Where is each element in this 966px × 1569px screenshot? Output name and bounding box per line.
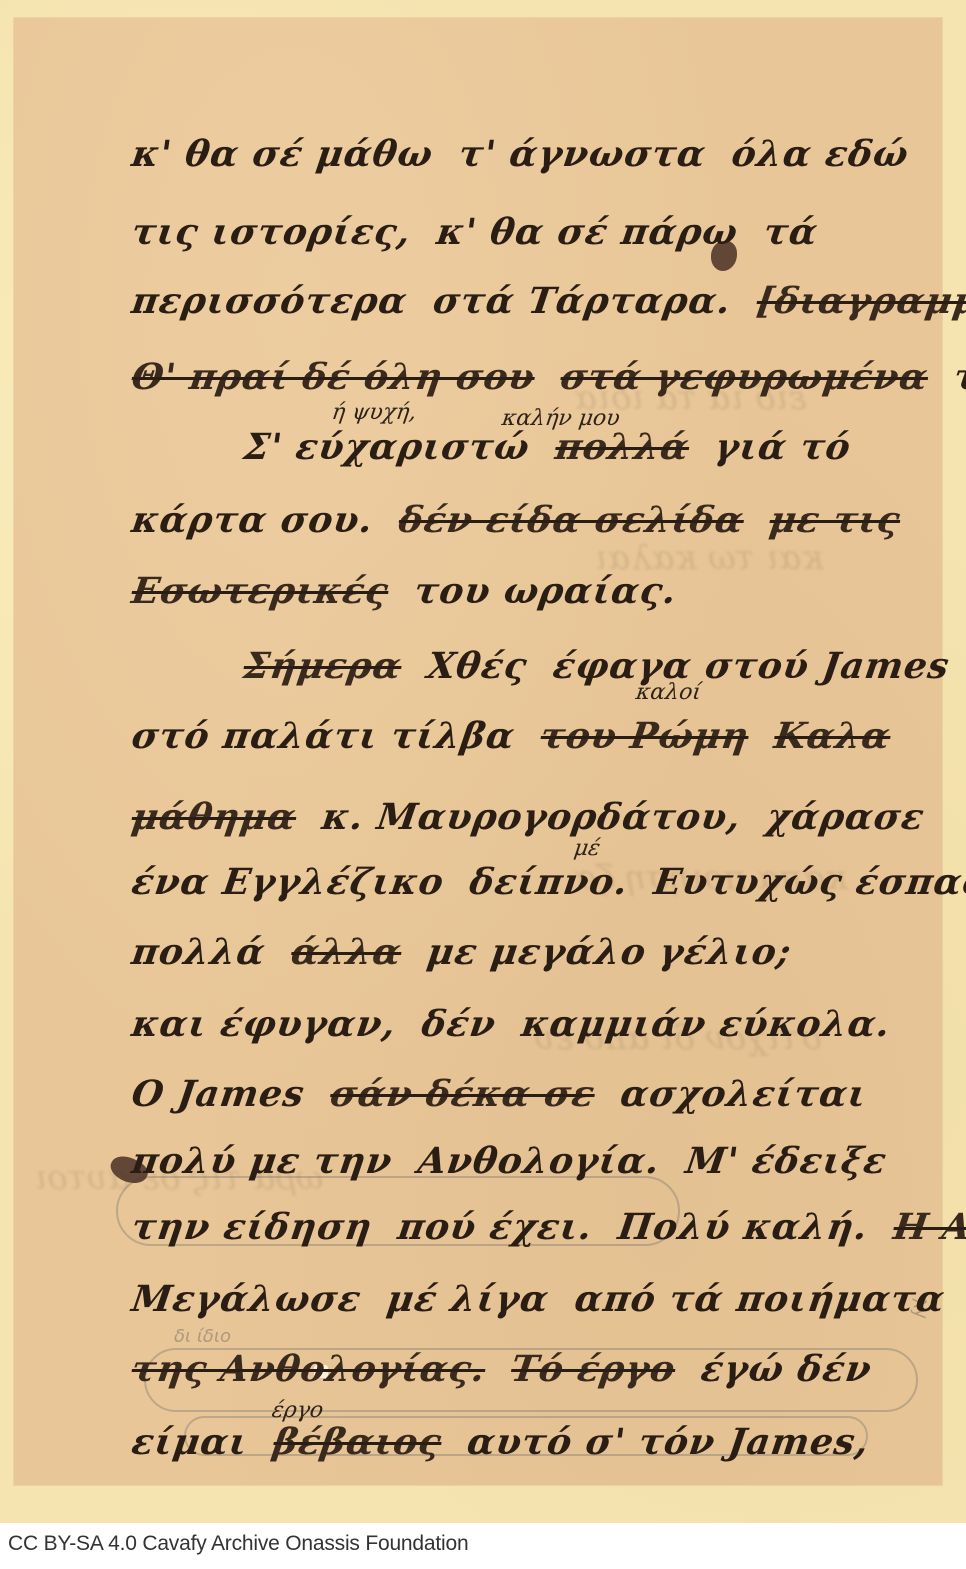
manuscript-sheet: ειδ ια τα ιδια και τω καλαι καπα ποιηση … [14, 18, 942, 1485]
manuscript-line-8: ΣήμεραΧθέςέφαγα στού James [241, 645, 966, 687]
manuscript-line-2: τις ιστορίες,κ' θα σέ πάρωτά [129, 211, 847, 253]
manuscript-line-14: Ο Jamesσάν δέκα σεασχολείται [129, 1073, 896, 1115]
struck-word: πολλά [553, 426, 692, 468]
struck-word: Εσωτερικές [129, 570, 391, 612]
struck-word: σάν δέκα σε [328, 1073, 598, 1115]
manuscript-line-18: της Ανθολογίας.Τό έργοέγώ δέν [129, 1348, 901, 1390]
manuscript-line-12: πολλάάλλαμε μεγάλο γέλιο; [129, 931, 820, 973]
struck-word: της Ανθολογίας. [129, 1348, 488, 1390]
manuscript-line-16: την είδησηπού έχει.Πολύ καλή.Η Ανθολογία [129, 1206, 966, 1248]
license-credit: CC BY-SA 4.0 Cavafy Archive Onassis Foun… [8, 1532, 468, 1556]
manuscript-line-4: Θ' πραί δέ όλη σουστά γεφυρωμένατου [129, 356, 966, 398]
struck-word: δέν είδα σελίδα [396, 499, 747, 541]
manuscript-line-11: ένα Εγγλέζικοδείπνο.Ευτυχώς έσπασαν [129, 861, 966, 903]
interlinear-insertion: καλοί [634, 680, 703, 705]
manuscript-line-19: είμαιβέβαιοςαυτό σ' τόν James, [129, 1421, 898, 1463]
manuscript-line-1: κ' θα σέ μάθωτ' άγνωσταόλα εδώ [129, 133, 938, 175]
manuscript-line-13: και έφυγαν,δένκαμμιάν εύκολα. [129, 1003, 919, 1045]
manuscript-line-6: κάρτα σου.δέν είδα σελίδαμε τις [129, 499, 929, 541]
manuscript-line-9: στό παλάτι τίλβατου ΡώμηΚαλα [129, 715, 919, 757]
struck-word: [διαγραμμένο] [754, 280, 966, 322]
footer: CC BY-SA 4.0 Cavafy Archive Onassis Foun… [0, 1523, 966, 1569]
struck-word: στά γεφυρωμένα [558, 356, 931, 398]
manuscript-line-10: μάθημακ. Μαυρογορδάτου,χάρασε [129, 796, 953, 838]
manuscript-line-3: περισσότεραστά Τάρταρα.[διαγραμμένο] [129, 280, 966, 322]
pencil-scribble: δι ίδιο [174, 1326, 231, 1347]
struck-word: με τις [767, 499, 903, 541]
struck-word: του Ρώμη [538, 715, 752, 757]
struck-word: άλλα [289, 931, 405, 973]
struck-word: Καλα [772, 715, 894, 757]
interlinear-insertion: μέ [572, 836, 602, 861]
manuscript-line-7: Εσωτερικέςτου ωραίας. [129, 570, 706, 612]
manuscript-line-17: Μεγάλωσεμέ λίγααπό τά ποιήματα [129, 1278, 966, 1320]
struck-word: Τό έργο [508, 1348, 678, 1390]
interlinear-insertion: έργο [270, 1398, 325, 1423]
interlinear-insertion: ή ψυχή, [330, 400, 418, 425]
struck-word: Η Ανθολογία [891, 1206, 966, 1248]
struck-word: βέβαιος [271, 1421, 445, 1463]
manuscript-line-15: πολύ με τηνΑνθολογία.Μ' έδειξε [129, 1140, 916, 1182]
struck-word: Θ' πραί δέ όλη σου [129, 356, 538, 398]
manuscript-line-5: Σ' εύχαριστώπολλάγιά τό [241, 426, 880, 468]
scan-background: ειδ ια τα ιδια και τω καλαι καπα ποιηση … [0, 0, 966, 1523]
struck-word: Σήμερα [241, 645, 404, 687]
struck-word: μάθημα [129, 796, 299, 838]
